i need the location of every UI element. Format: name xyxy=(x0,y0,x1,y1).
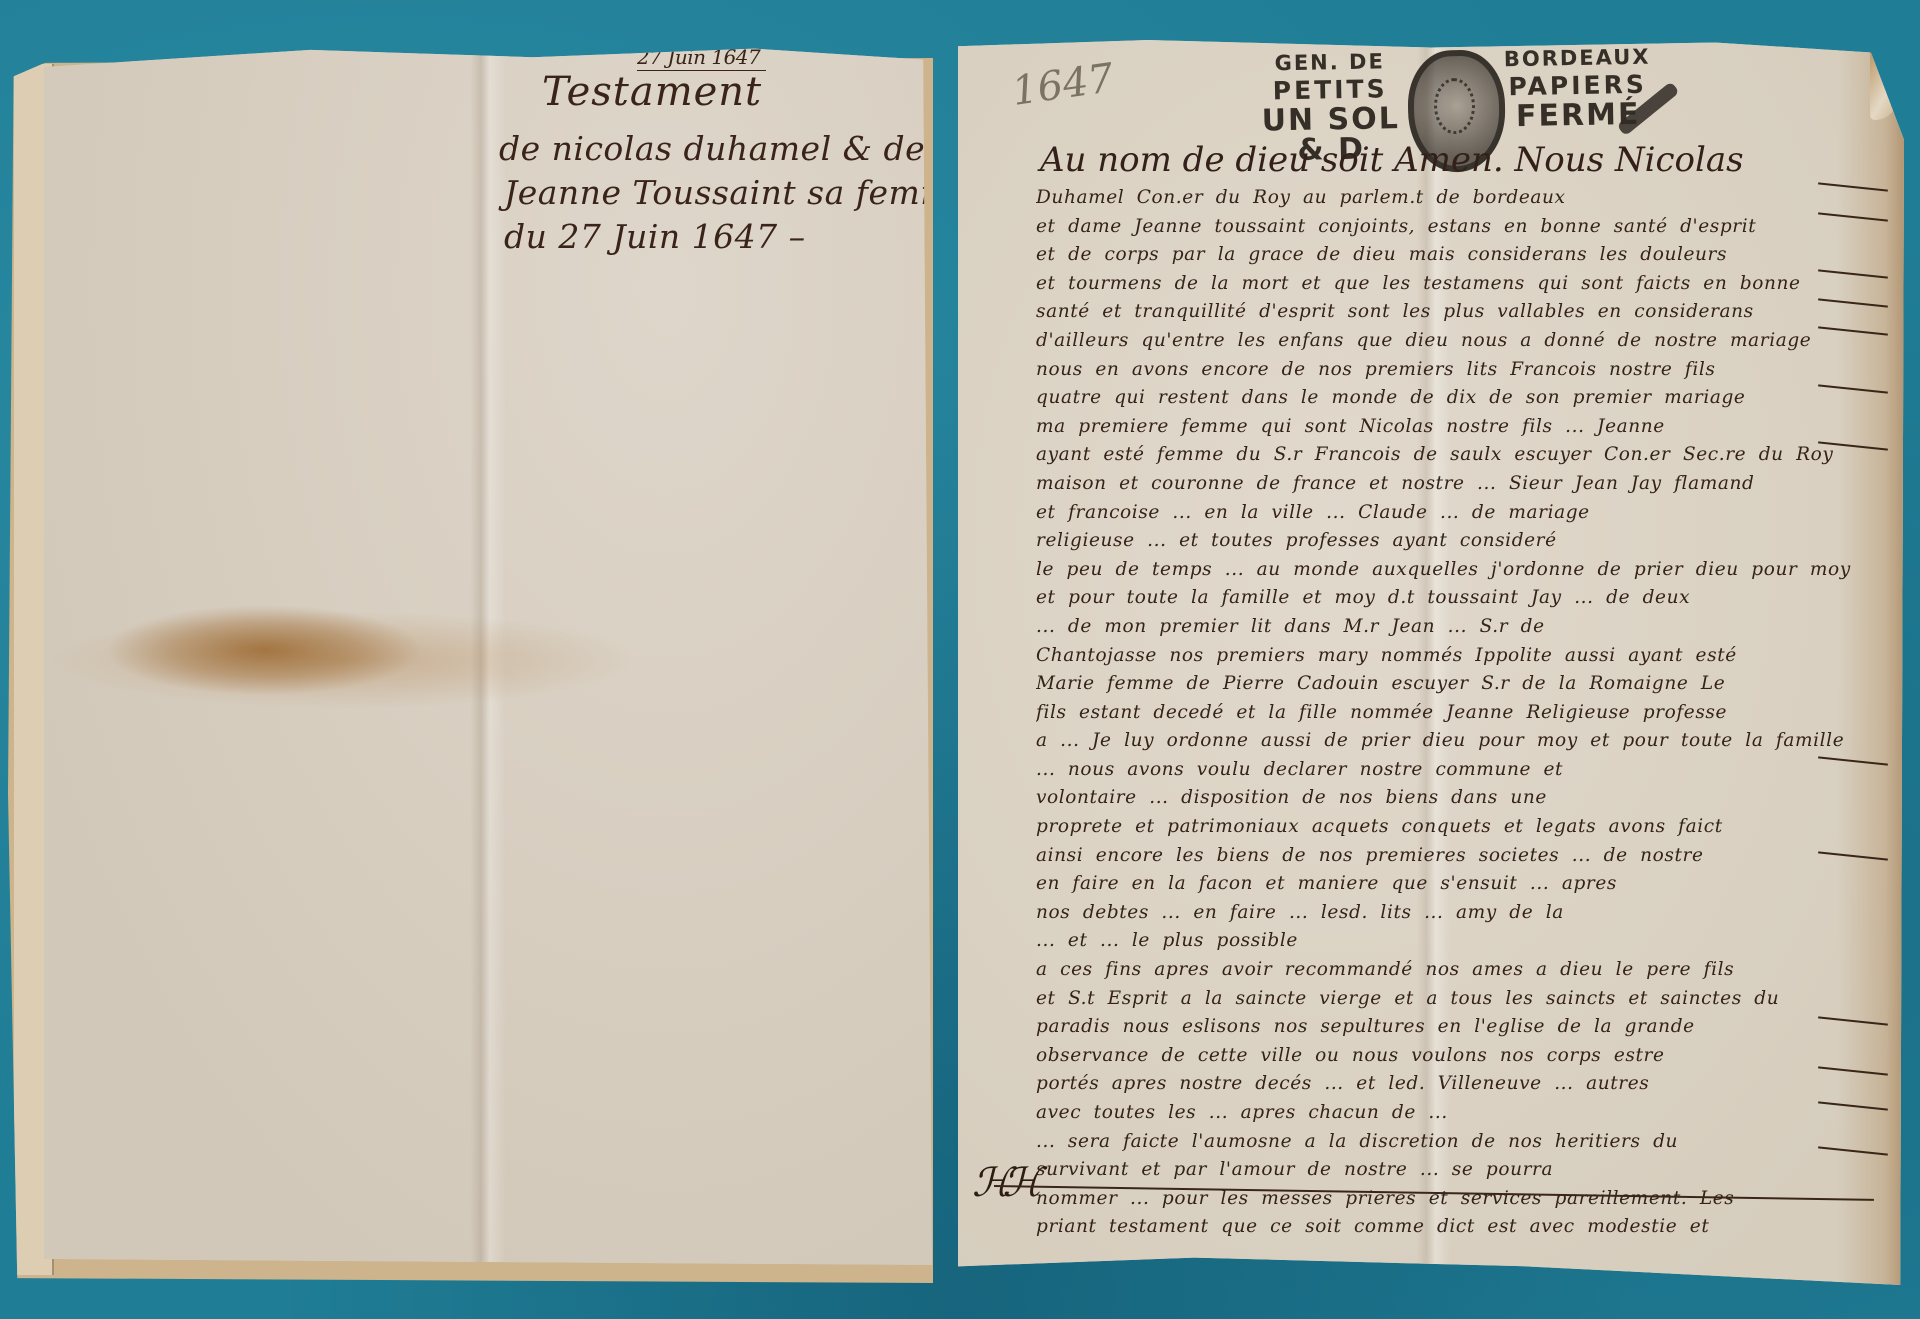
seal-inner-ring xyxy=(1434,78,1476,135)
stamp-row: PETITS xyxy=(1247,76,1412,104)
signature-paraph: ℋℋ xyxy=(972,1160,1887,1200)
manuscript-line: ainsi encore les biens de nos premieres … xyxy=(1036,842,1881,871)
manuscript-line: et francoise ... en la ville ... Claude … xyxy=(1036,499,1881,528)
manuscript-line: ... nous avons voulu declarer nostre com… xyxy=(1036,756,1881,785)
cover-line-testators: de nicolas duhamel & de xyxy=(499,129,925,168)
manuscript-line: et S.t Esprit a la saincte vierge et a t… xyxy=(1036,985,1881,1014)
margin-year-note: 1647 xyxy=(1009,55,1116,115)
manuscript-line: ma premiere femme qui sont Nicolas nostr… xyxy=(1036,413,1881,442)
manuscript-line: a ... Je luy ordonne aussi de prier dieu… xyxy=(1036,727,1881,756)
manuscript-page: 1647 GEN. DE PETITS UN SOL & D BORDEAUX … xyxy=(958,40,1904,1285)
manuscript-line: ... de mon premier lit dans M.r Jean ...… xyxy=(1036,613,1881,642)
curled-corner xyxy=(1870,50,1898,120)
manuscript-line: quatre qui restent dans le monde de dix … xyxy=(1036,384,1881,413)
manuscript-line: portés apres nostre decés ... et led. Vi… xyxy=(1036,1070,1881,1099)
manuscript-line: Marie femme de Pierre Cadouin escuyer S.… xyxy=(1036,670,1881,699)
cover-line-wife: Jeanne Toussaint sa femme xyxy=(504,173,972,212)
manuscript-line: santé et tranquillité d'esprit sont les … xyxy=(1036,298,1881,327)
manuscript-line: proprete et patrimoniaux acquets conquet… xyxy=(1036,813,1881,842)
document-photograph: 27 Juin 1647 Testament de nicolas duhame… xyxy=(0,0,1920,1319)
paraph-flourish-icon: ℋℋ xyxy=(972,1160,1033,1206)
cover-date-note: 27 Juin 1647 xyxy=(637,45,766,71)
stamp-row: GEN. DE xyxy=(1247,51,1412,75)
manuscript-line: paradis nous eslisons nos sepultures en … xyxy=(1036,1013,1881,1042)
manuscript-line: le peu de temps ... au monde auxquelles … xyxy=(1036,556,1881,585)
manuscript-line: fils estant decedé et la fille nommée Je… xyxy=(1036,699,1881,728)
manuscript-line: observance de cette ville ou nous voulon… xyxy=(1036,1042,1881,1071)
manuscript-line: a ces fins apres avoir recommandé nos am… xyxy=(1036,956,1881,985)
stamp-row: PAPIERS xyxy=(1492,72,1662,100)
manuscript-line: nos debtes ... en faire ... lesd. lits .… xyxy=(1036,899,1881,928)
manuscript-line: religieuse ... et toutes professes ayant… xyxy=(1036,527,1881,556)
manuscript-line: nous en avons encore de nos premiers lit… xyxy=(1036,356,1881,385)
cover-line-date: du 27 Juin 1647 – xyxy=(504,217,806,256)
manuscript-body: Au nom de dieu soit Amen. Nous Nicolas D… xyxy=(1036,140,1881,1242)
manuscript-line: Chantojasse nos premiers mary nommés Ipp… xyxy=(1036,642,1881,671)
manuscript-line: maison et couronne de france et nostre .… xyxy=(1036,470,1881,499)
manuscript-line: ayant esté femme du S.r Francois de saul… xyxy=(1036,441,1881,470)
stamp-row: BORDEAUX xyxy=(1492,47,1662,71)
manuscript-line: priant testament que ce soit comme dict … xyxy=(1036,1213,1881,1242)
manuscript-line: Duhamel Con.er du Roy au parlem.t de bor… xyxy=(1036,184,1881,213)
manuscript-line: et pour toute la famille et moy d.t tous… xyxy=(1036,584,1881,613)
signature-underline xyxy=(994,1185,1874,1201)
cover-page: 27 Juin 1647 Testament de nicolas duhame… xyxy=(44,45,932,1265)
manuscript-line: et dame Jeanne toussaint conjoints, esta… xyxy=(1036,213,1881,242)
manuscript-line: et tourmens de la mort et que les testam… xyxy=(1036,270,1881,299)
manuscript-line: en faire en la facon et maniere que s'en… xyxy=(1036,870,1881,899)
manuscript-line: d'ailleurs qu'entre les enfans que dieu … xyxy=(1036,327,1881,356)
manuscript-line: ... sera faicte l'aumosne a la discretio… xyxy=(1036,1128,1881,1157)
cover-title: Testament xyxy=(542,69,762,115)
invocation-line: Au nom de dieu soit Amen. Nous Nicolas xyxy=(1040,140,1881,184)
manuscript-line: volontaire ... disposition de nos biens … xyxy=(1036,784,1881,813)
manuscript-line: avec toutes les ... apres chacun de ... xyxy=(1036,1099,1881,1128)
manuscript-line: et de corps par la grace de dieu mais co… xyxy=(1036,241,1881,270)
manuscript-line: ... et ... le plus possible xyxy=(1036,927,1881,956)
